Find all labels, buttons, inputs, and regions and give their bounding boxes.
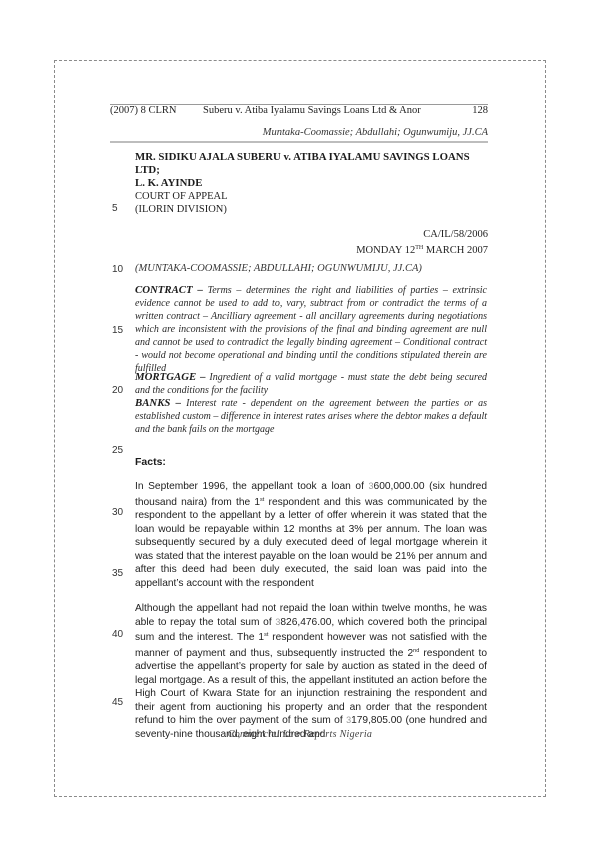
header-bottom-rule	[110, 141, 488, 143]
coram: (MUNTAKA-COOMASSIE; ABDULLAHI; OGUNWUMIJ…	[135, 263, 422, 274]
page-footer: Commercial Law Reports Nigeria	[0, 729, 600, 740]
case-title-line-2: L. K. AYINDE	[135, 177, 495, 190]
line-number: 35	[112, 568, 123, 579]
facts-heading: Facts:	[135, 456, 166, 468]
catchword-banks: BANKS – Interest rate - dependent on the…	[135, 397, 487, 436]
report-citation: (2007) 8 CLRN	[110, 105, 177, 116]
suit-and-date: CA/IL/58/2006 MONDAY 12TH MARCH 2007	[356, 229, 488, 257]
catchword-mortgage: MORTGAGE – Ingredient of a valid mortgag…	[135, 371, 487, 397]
line-number: 15	[112, 325, 123, 336]
case-title-line-1: MR. SIDIKU AJALA SUBERU v. ATIBA IYALAMU…	[135, 151, 495, 177]
facts-paragraph-1: In September 1996, the appellant took a …	[135, 480, 487, 590]
catchword-text: Terms – determines the right and liabili…	[135, 285, 487, 374]
amount: 179,805.00	[351, 715, 402, 726]
facts-paragraph-2: Although the appellant had not repaid th…	[135, 602, 487, 741]
amount: 826,476.00	[280, 617, 331, 628]
line-number: 20	[112, 385, 123, 396]
catchword-keyword: CONTRACT –	[135, 284, 203, 296]
line-number: 30	[112, 507, 123, 518]
catchword-keyword: BANKS –	[135, 397, 181, 409]
line-number: 40	[112, 629, 123, 640]
catchword-keyword: MORTGAGE –	[135, 371, 206, 383]
line-number: 45	[112, 697, 123, 708]
header-justices: Muntaka-Coomassie; Abdullahi; Ogunwumiju…	[263, 127, 488, 138]
court-name: COURT OF APPEAL	[135, 190, 228, 203]
judgment-date: MONDAY 12TH MARCH 2007	[356, 242, 488, 258]
court-block: COURT OF APPEAL (ILORIN DIVISION)	[135, 190, 228, 216]
line-number: 25	[112, 445, 123, 456]
suit-number: CA/IL/58/2006	[356, 229, 488, 242]
amount: 600,000.00	[374, 481, 425, 492]
court-division: (ILORIN DIVISION)	[135, 203, 228, 216]
line-number: 10	[112, 264, 123, 275]
running-header: (2007) 8 CLRN Suberu v. Atiba Iyalamu Sa…	[110, 105, 488, 119]
catchword-contract: CONTRACT – Terms – determines the right …	[135, 284, 487, 375]
case-title: MR. SIDIKU AJALA SUBERU v. ATIBA IYALAMU…	[135, 151, 495, 190]
catchword-text: Interest rate - dependent on the agreeme…	[135, 398, 487, 435]
line-number: 5	[112, 203, 118, 214]
case-short-title: Suberu v. Atiba Iyalamu Savings Loans Lt…	[203, 105, 421, 116]
page-number: 128	[472, 105, 488, 116]
